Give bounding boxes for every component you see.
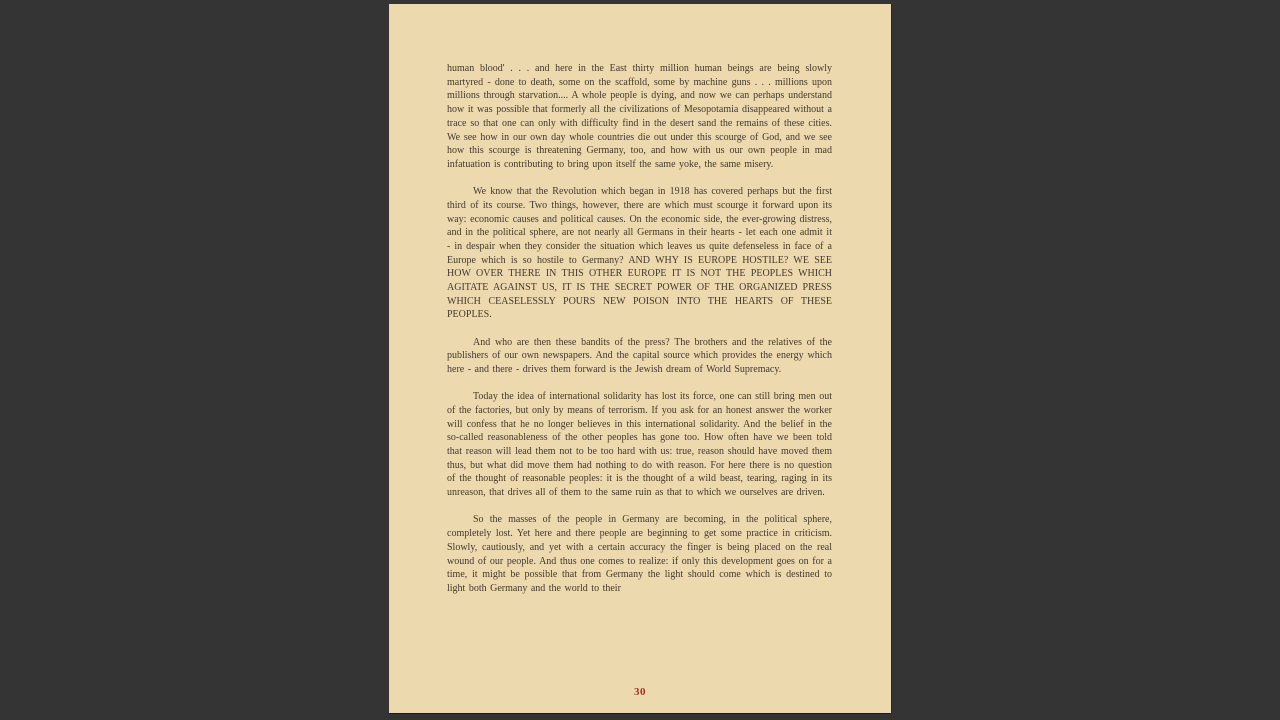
paragraph: So the masses of the people in Germany a… xyxy=(447,513,832,595)
viewer-background: human blood' . . . and here in the East … xyxy=(0,0,1280,720)
paragraph: And who are then these bandits of the pr… xyxy=(447,336,832,377)
page-number: 30 xyxy=(389,686,891,698)
paragraph: We know that the Revolution which began … xyxy=(447,185,832,322)
page-text-block: human blood' . . . and here in the East … xyxy=(447,62,832,609)
document-page: human blood' . . . and here in the East … xyxy=(389,4,891,713)
paragraph: human blood' . . . and here in the East … xyxy=(447,62,832,172)
paragraph: Today the idea of international solidari… xyxy=(447,390,832,500)
